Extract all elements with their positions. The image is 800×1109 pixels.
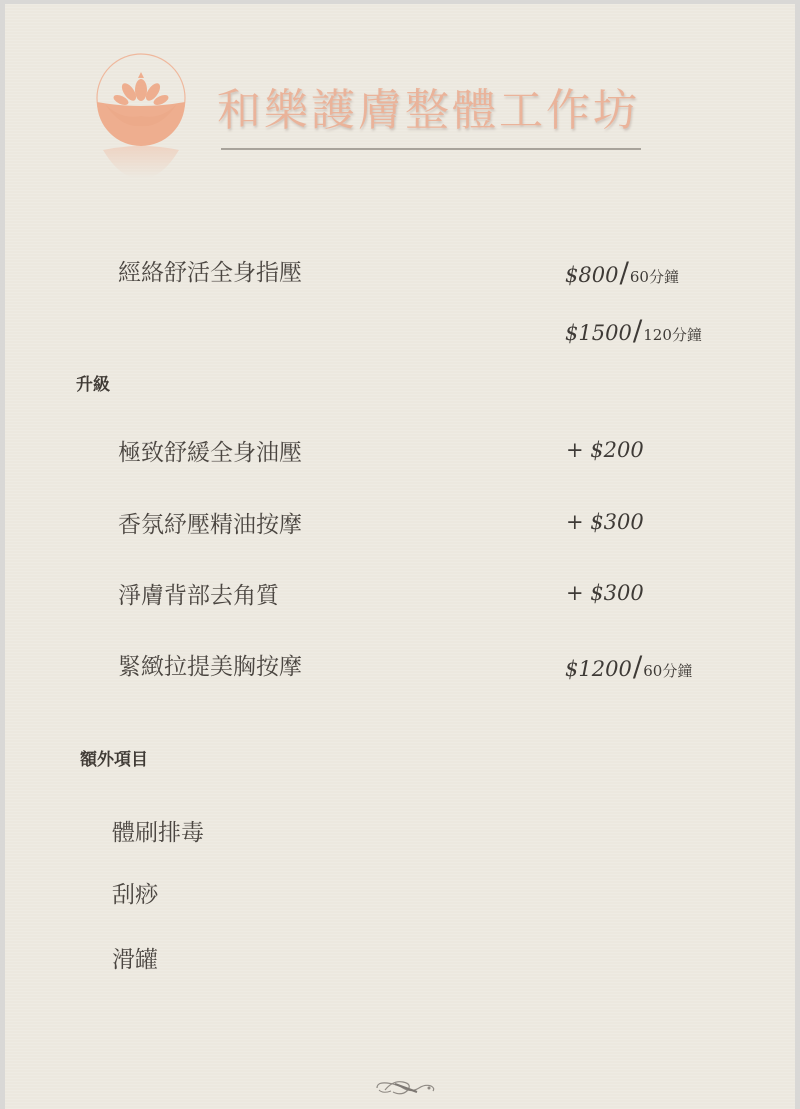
main-service-name: 經絡舒活全身指壓 [118, 254, 302, 287]
extra-item-name: 滑罐 [112, 941, 158, 974]
lotus-hands-logo-icon [91, 50, 191, 180]
upgrade-item-name: 極致舒緩全身油壓 [118, 434, 302, 467]
upgrades-title: 升級 [76, 370, 110, 395]
upgrade-item-price: + $300 [566, 510, 644, 534]
upgrade-item-price: + $200 [566, 438, 644, 462]
extras-title: 額外項目 [80, 745, 148, 770]
upgrade-item-name: 淨膚背部去角質 [118, 577, 279, 610]
slash: / [633, 314, 642, 347]
upgrade-item-name: 緊緻拉提美胸按摩 [118, 648, 302, 681]
extra-item-name: 刮痧 [112, 876, 158, 909]
main-service-price-60: $800/60分鐘 [565, 256, 679, 289]
brand-name: 和樂護膚整體工作坊 [217, 74, 640, 138]
price-duration: 120分鐘 [643, 326, 702, 344]
price-duration: 60分鐘 [630, 268, 679, 286]
slash: / [619, 256, 628, 289]
upgrade-item-price: $1200/60分鐘 [565, 650, 692, 683]
upgrade-item-name: 香氛紓壓精油按摩 [118, 506, 302, 539]
extra-item-name: 體刷排毒 [112, 814, 204, 847]
header-divider [221, 148, 641, 150]
main-service-price-120: $1500/120分鐘 [565, 314, 702, 347]
price-amount: $800 [565, 263, 618, 287]
menu-page: 和樂護膚整體工作坊 經絡舒活全身指壓 $800/60分鐘 $1500/120分鐘… [5, 4, 795, 1109]
upgrade-item-price: + $300 [566, 581, 644, 605]
flourish-ornament-icon [373, 1076, 437, 1098]
price-amount: $1500 [565, 321, 632, 345]
price-duration: 60分鐘 [643, 662, 692, 680]
price-amount: $1200 [565, 657, 632, 681]
slash: / [633, 650, 642, 683]
